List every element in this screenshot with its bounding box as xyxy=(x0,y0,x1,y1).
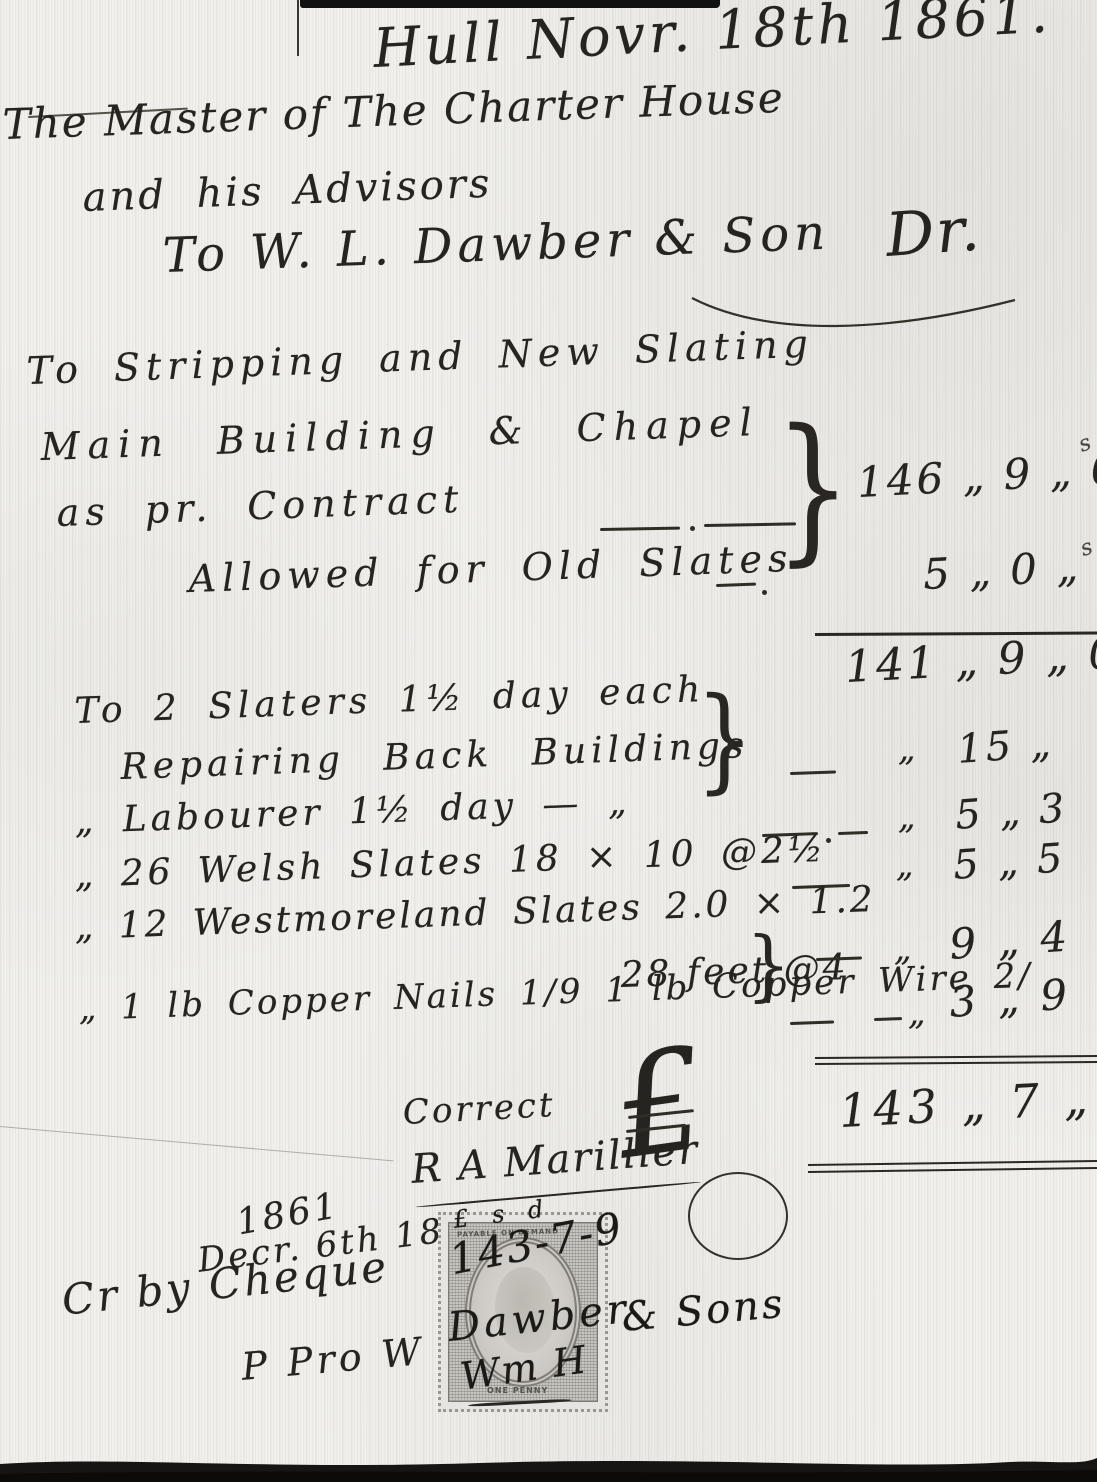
scanned-invoice-page: Hull Novr. 18th 1861. The Master of The … xyxy=(0,0,1097,1482)
item7-amount: 3 „ 9 xyxy=(948,973,1073,1023)
item1-amount: 146 „ 9 „ 0 xyxy=(856,448,1097,504)
item3-amount: 15 „ xyxy=(956,723,1055,770)
scan-bottom-edge xyxy=(0,1452,1097,1482)
addressee-line-1: The Master of The Charter House xyxy=(2,77,785,146)
correct-label: Correct xyxy=(402,1088,556,1130)
total-rule-bottom-a xyxy=(808,1160,1097,1166)
item3-description-line1: To 2 Slaters 1½ day each xyxy=(74,672,706,730)
item4-ditto: „ xyxy=(898,800,916,834)
addressee-line-2: and his Advisors xyxy=(82,164,493,218)
debit-abbreviation: Dr. xyxy=(884,199,983,266)
total-rule-bottom-b xyxy=(808,1167,1097,1173)
item7-dash xyxy=(790,1020,834,1025)
item1-dot xyxy=(690,526,695,531)
item1-dash xyxy=(600,527,680,531)
item4-description: „ Labourer 1½ day — „ xyxy=(74,785,631,840)
item5-ditto: „ xyxy=(896,848,914,882)
item7-description: „ 1 lb Copper Nails 1/9 1 lb Copper Wire… xyxy=(78,959,1033,1026)
total-amount: 143 „ 7 „ 9 xyxy=(838,1072,1097,1134)
item7-dash2 xyxy=(874,1017,902,1021)
currency-flourish-loop xyxy=(688,1172,788,1260)
item4-amount: 5 „ 3 xyxy=(954,788,1069,836)
scan-artifact-vertical-tick xyxy=(297,0,299,56)
item7-ditto: „ xyxy=(908,996,926,1030)
total-rule-top-b xyxy=(815,1061,1097,1065)
item1-description-line2: Main Building & Chapel xyxy=(40,403,760,466)
per-pro-note: P Pro W xyxy=(240,1332,426,1386)
item5-amount: 5 „ 5 xyxy=(952,838,1067,886)
item4-dash2 xyxy=(838,831,868,835)
item2-description: Allowed for Old Slates xyxy=(188,539,794,598)
item1-description-line1: To Stripping and New Slating xyxy=(26,325,814,390)
grouping-brace-2: } xyxy=(695,682,754,795)
item2-amount: 5 „ 0 „ 0 xyxy=(922,543,1097,596)
item3-ditto: „ xyxy=(898,732,916,766)
payee-line: To W. L. Dawber & Son xyxy=(162,209,831,280)
item3-dash xyxy=(790,770,836,775)
pencil-crease-line xyxy=(0,1126,393,1161)
item2-dash xyxy=(716,583,756,587)
subtotal-amount: 141 „ 9 „ 0 xyxy=(844,632,1097,690)
stamp-name2-overwrite: & Sons xyxy=(620,1284,787,1338)
item3-description-line2: Repairing Back Buildings xyxy=(120,728,749,786)
item1-description-line3: as pr. Contract xyxy=(56,480,465,532)
date-line: Hull Novr. 18th 1861. xyxy=(372,0,1053,76)
total-rule-top-a xyxy=(815,1055,1097,1059)
item2-dot xyxy=(762,590,767,595)
